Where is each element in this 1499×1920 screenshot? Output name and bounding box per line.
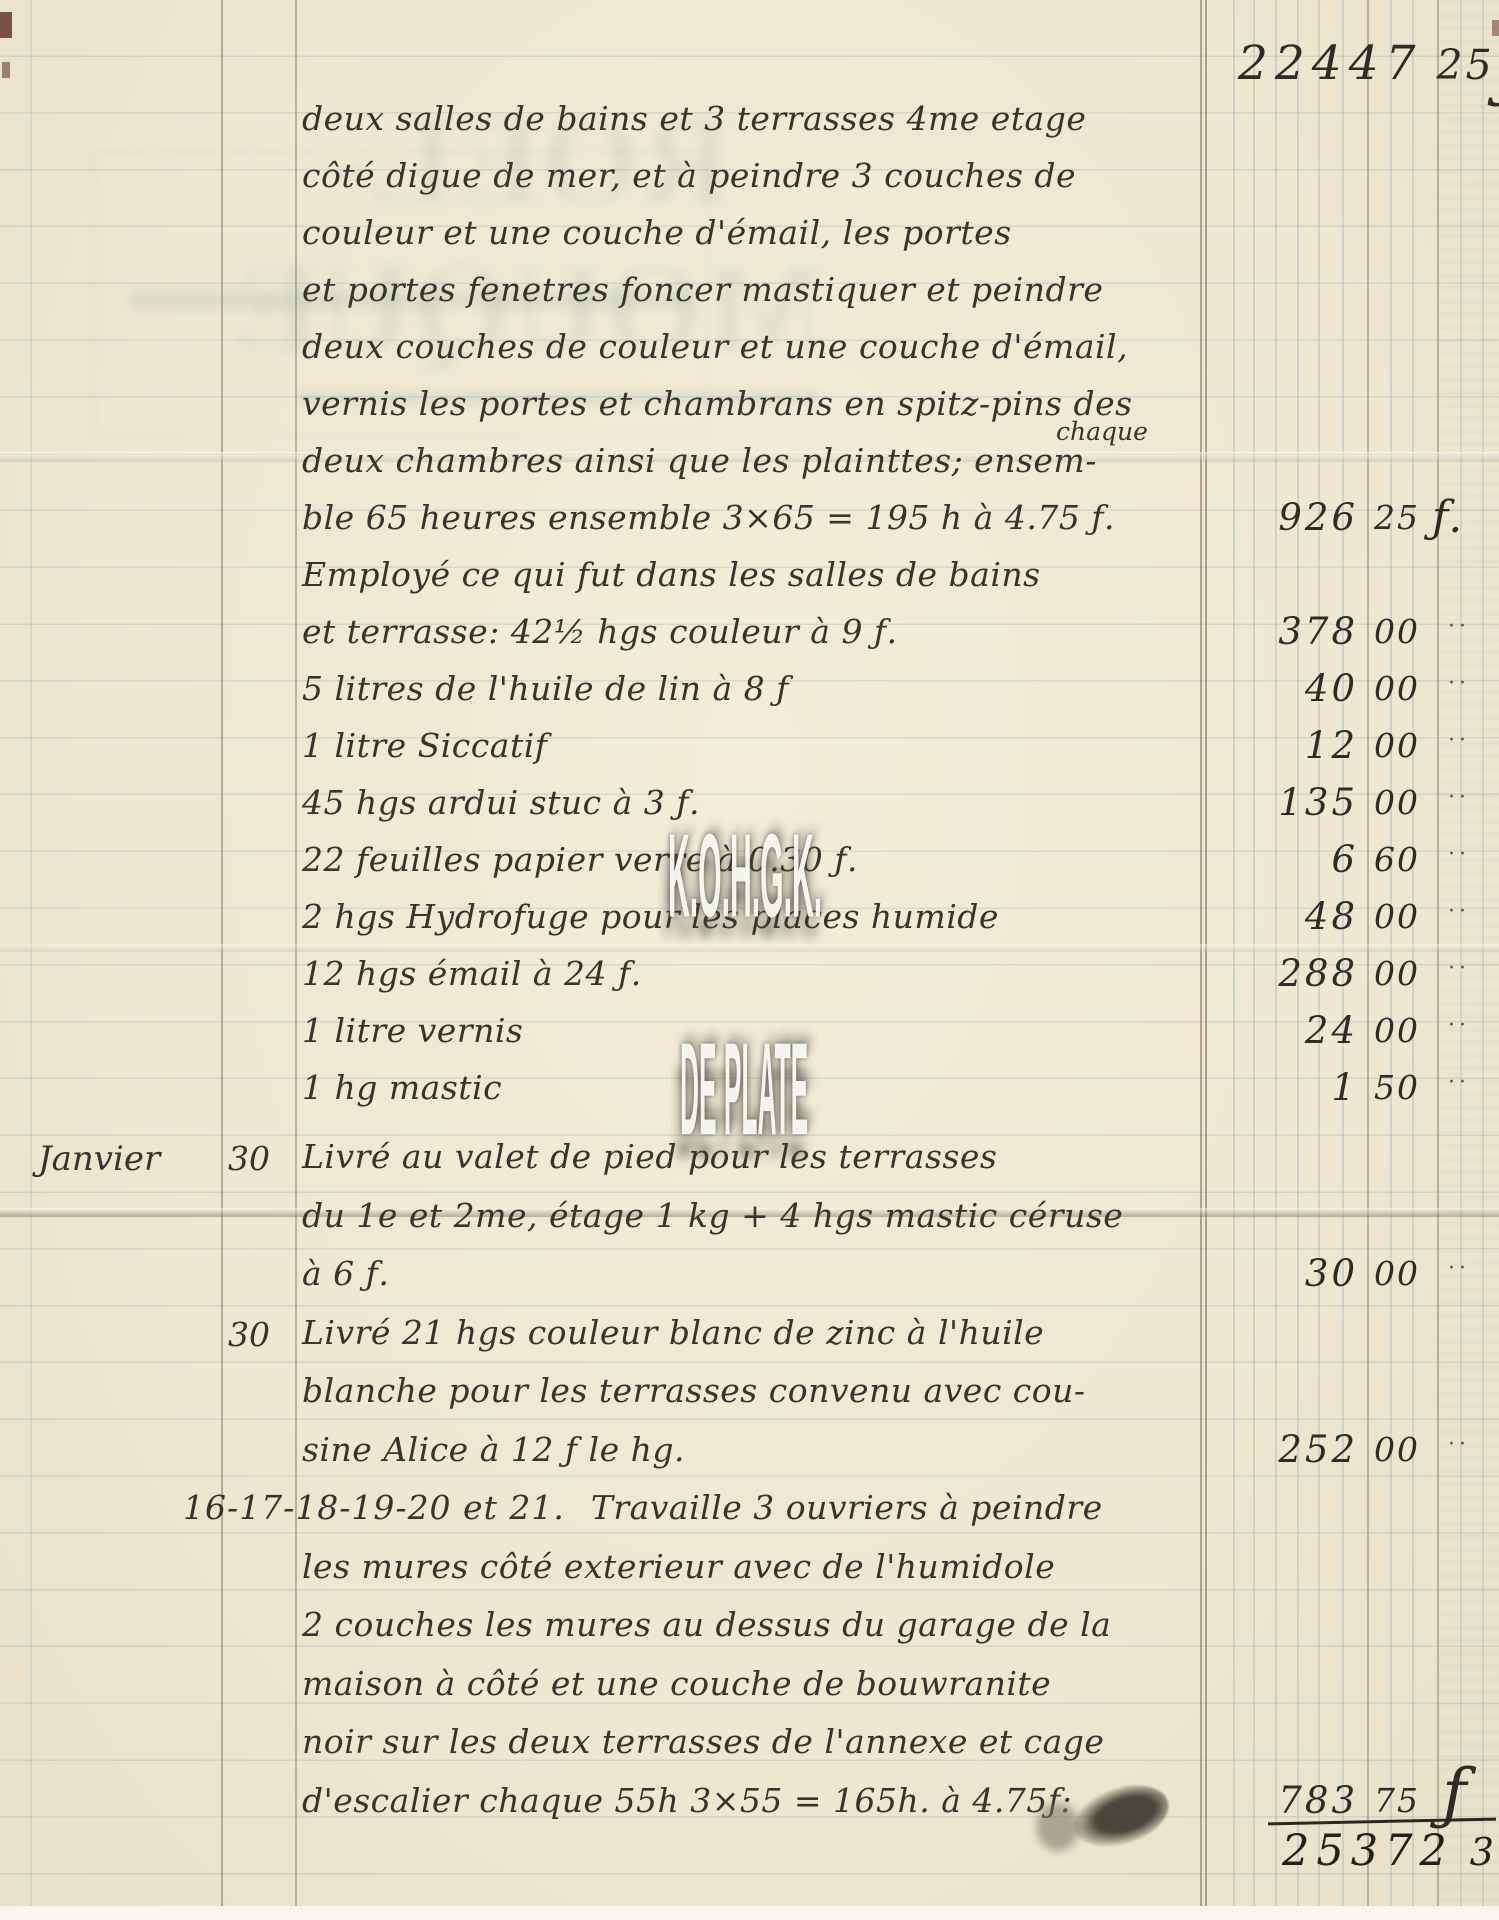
amount-centimes: 00 [1374, 669, 1420, 708]
amount-centimes: 25 [1374, 498, 1420, 537]
ditto-marks: ·· [1448, 842, 1470, 867]
margin-dates: 16-17-18-19-20 et 21. [183, 1488, 565, 1527]
ledger-line: maison à côté et une couche de bouwranit… [0, 1664, 1499, 1716]
ledger-line: vernis les portes et chambrans en spitz-… [0, 384, 1499, 436]
line-text: couleur et une couche d'émail, les porte… [302, 213, 1012, 252]
ledger-line: 1 litre Siccatif1200·· [0, 726, 1499, 778]
line-text: et terrasse: 42½ hgs couleur à 9 ƒ. [302, 612, 898, 651]
ditto-marks: ·· [1448, 899, 1470, 924]
line-text: les mures côté exterieur avec de l'humid… [302, 1547, 1055, 1586]
ditto-marks: ·· [1448, 614, 1470, 639]
line-text: du 1e et 2me, étage 1 kg + 4 hgs mastic … [302, 1196, 1123, 1235]
ditto-marks: ·· [1448, 1256, 1470, 1281]
edge-speck [0, 12, 12, 38]
amount-centimes: 00 [1374, 783, 1420, 822]
line-text: 1 hg mastic [302, 1068, 502, 1107]
ledger-line: 12 hgs émail à 24 ƒ.28800·· [0, 954, 1499, 1006]
line-text: Employé ce qui fut dans les salles de ba… [302, 555, 1041, 594]
grand-total-cents: 35 [1470, 1830, 1499, 1874]
line-text: sine Alice à 12 ƒ le hg. [302, 1430, 685, 1469]
ledger-line: deux salles de bains et 3 terrasses 4me … [0, 99, 1499, 151]
line-text: vernis les portes et chambrans en spitz-… [302, 384, 1133, 423]
grand-total: 2537235 [1282, 1826, 1499, 1876]
ledger-line: blanche pour les terrasses convenu avec … [0, 1371, 1499, 1423]
amount-centimes: 75 [1374, 1781, 1420, 1820]
amount-centimes: 60 [1374, 840, 1420, 879]
margin-day: 30 [228, 1315, 270, 1354]
ledger-line: deux chambres ainsi que les plainttes; e… [0, 441, 1499, 493]
ledger-line: couleur et une couche d'émail, les porte… [0, 213, 1499, 265]
ledger-line: noir sur les deux terrasses de l'annexe … [0, 1722, 1499, 1774]
ditto-marks: ·· [1448, 728, 1470, 753]
grand-total-amount: 25372 [1282, 1826, 1454, 1876]
ledger-line: 1 litre vernis2400·· [0, 1011, 1499, 1063]
ledger-line: côté digue de mer, et à peindre 3 couche… [0, 156, 1499, 208]
amount-centimes: 50 [1374, 1068, 1420, 1107]
ditto-marks: ·· [1448, 1070, 1470, 1095]
amount-centimes: 00 [1374, 612, 1420, 651]
edge-speck [1492, 20, 1499, 36]
amount-francs: 40 [1198, 667, 1358, 710]
balance-cents: 25 [1437, 41, 1495, 89]
amount-francs: 288 [1198, 952, 1358, 995]
edge-speck [2, 62, 10, 78]
amount-centimes: 00 [1374, 1430, 1420, 1469]
ditto-marks: ·· [1448, 1013, 1470, 1038]
line-text: 1 litre vernis [302, 1011, 523, 1050]
florin-symbol: ƒ. [1432, 492, 1462, 543]
line-text: 22 feuilles papier verre à 0.30 ƒ. [302, 840, 858, 879]
line-text: Livré au valet de pied pour les terrasse… [302, 1137, 997, 1176]
ledger-line: deux couches de couleur et une couche d'… [0, 327, 1499, 379]
amount-francs: 135 [1198, 781, 1358, 824]
amount-francs: 6 [1198, 838, 1358, 881]
amount-francs: 783 [1198, 1779, 1358, 1822]
ledger-line: à 6 ƒ.3000·· [0, 1254, 1499, 1306]
amount-centimes: 00 [1374, 1254, 1420, 1293]
ledger-line: 22 feuilles papier verre à 0.30 ƒ.660·· [0, 840, 1499, 892]
ink-smudge [1032, 1798, 1084, 1856]
ledger-line: 45 hgs ardui stuc à 3 ƒ.13500·· [0, 783, 1499, 835]
amount-centimes: 00 [1374, 1011, 1420, 1050]
line-text: Livré 21 hgs couleur blanc de zinc à l'h… [302, 1313, 1044, 1352]
ledger-line: sine Alice à 12 ƒ le hg.25200·· [0, 1430, 1499, 1482]
ledger-line: et portes fenetres foncer mastiquer et p… [0, 270, 1499, 322]
balance-amount: 22447 [1238, 36, 1423, 91]
ledger-line: 5 litres de l'huile de lin à 8 ƒ4000·· [0, 669, 1499, 721]
ledger-line: 2 hgs Hydrofuge pour les places humide48… [0, 897, 1499, 949]
amount-francs: 1 [1198, 1066, 1358, 1109]
line-text: 1 litre Siccatif [302, 726, 547, 765]
ditto-marks: ·· [1448, 671, 1470, 696]
line-text: blanche pour les terrasses convenu avec … [302, 1371, 1086, 1410]
amount-centimes: 00 [1374, 726, 1420, 765]
amount-centimes: 00 [1374, 897, 1420, 936]
ledger-line: du 1e et 2me, étage 1 kg + 4 hgs mastic … [0, 1196, 1499, 1248]
ledger-line: et terrasse: 42½ hgs couleur à 9 ƒ.37800… [0, 612, 1499, 664]
ledger-line: Janvier30Livré au valet de pied pour les… [0, 1137, 1499, 1189]
amount-francs: 24 [1198, 1009, 1358, 1052]
ledger-line: Employé ce qui fut dans les salles de ba… [0, 555, 1499, 607]
amount-francs: 12 [1198, 724, 1358, 767]
line-text: côté digue de mer, et à peindre 3 couche… [302, 156, 1076, 195]
ledger-line: ble 65 heures ensemble 3×65 = 195 h à 4.… [0, 498, 1499, 550]
line-text: et portes fenetres foncer mastiquer et p… [302, 270, 1103, 309]
amount-francs: 378 [1198, 610, 1358, 653]
line-text: deux salles de bains et 3 terrasses 4me … [302, 99, 1086, 138]
line-text: deux chambres ainsi que les plainttes; e… [302, 441, 1097, 480]
line-text: 2 couches les mures au dessus du garage … [302, 1605, 1111, 1644]
ledger-line: 30Livré 21 hgs couleur blanc de zinc à l… [0, 1313, 1499, 1365]
line-text: à 6 ƒ. [302, 1254, 389, 1293]
scan-edge [0, 1906, 1499, 1920]
line-text: 45 hgs ardui stuc à 3 ƒ. [302, 783, 700, 822]
ledger-line: 16-17-18-19-20 et 21.Travaille 3 ouvrier… [0, 1488, 1499, 1540]
ledger-line: 2 couches les mures au dessus du garage … [0, 1605, 1499, 1657]
ditto-marks: ·· [1448, 1432, 1470, 1457]
amount-francs: 252 [1198, 1428, 1358, 1471]
line-text: d'escalier chaque 55h 3×55 = 165h. à 4.7… [302, 1781, 1072, 1820]
amount-francs: 926 [1198, 496, 1358, 539]
ledger-line: les mures côté exterieur avec de l'humid… [0, 1547, 1499, 1599]
interline-note: chaque [1056, 417, 1148, 446]
balance-forward: 2244725ƒ. [1238, 26, 1499, 110]
line-text: 5 litres de l'huile de lin à 8 ƒ [302, 669, 789, 708]
amount-francs: 30 [1198, 1252, 1358, 1295]
ditto-marks: ·· [1448, 956, 1470, 981]
margin-day: 30 [228, 1139, 270, 1178]
ditto-marks: ·· [1448, 785, 1470, 810]
line-text: deux couches de couleur et une couche d'… [302, 327, 1128, 366]
line-text: 12 hgs émail à 24 ƒ. [302, 954, 642, 993]
line-text: maison à côté et une couche de bouwranit… [302, 1664, 1051, 1703]
line-text: 2 hgs Hydrofuge pour les places humide [302, 897, 999, 936]
ledger-line: 1 hg mastic150·· [0, 1068, 1499, 1120]
ledger-page: ROEL-MOUQUE 2244725ƒ. deux salles de bai… [0, 0, 1499, 1920]
line-text: noir sur les deux terrasses de l'annexe … [302, 1722, 1104, 1761]
line-text: ble 65 heures ensemble 3×65 = 195 h à 4.… [302, 498, 1115, 537]
amount-centimes: 00 [1374, 954, 1420, 993]
margin-month: Janvier [38, 1139, 160, 1179]
amount-francs: 48 [1198, 895, 1358, 938]
line-text: 16-17-18-19-20 et 21.Travaille 3 ouvrier… [183, 1488, 1103, 1527]
